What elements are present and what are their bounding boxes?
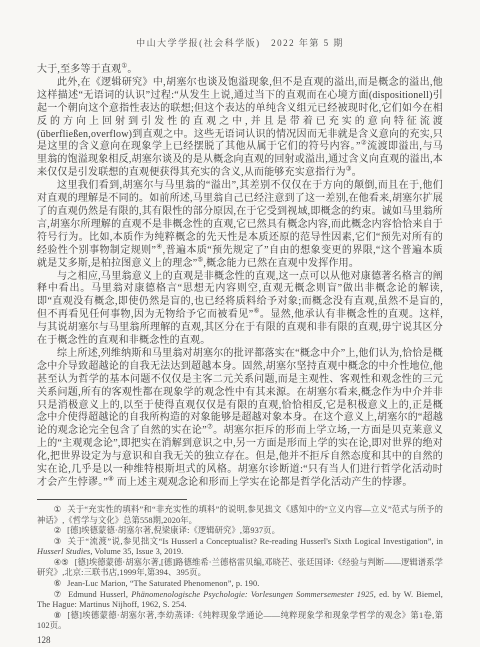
footnote-marker: ⑦ bbox=[54, 590, 62, 599]
journal-header: 中山大学学报(社会科学版) 2022 年第 5 期 bbox=[37, 38, 443, 49]
footnote-marker: ⑥ bbox=[54, 579, 62, 588]
body-paragraph-1: 此外,在《逻辑研究》中,胡塞尔也谈及饱溢现象,但不是直观的溢出,而是概念的溢出,… bbox=[37, 77, 443, 180]
footnote-3: ③关于“流渡”说,参见拙文“Is Husserl a Conceptualist… bbox=[37, 537, 443, 558]
footnote-list: ①关于“充实性的填料”和“非充实性的填料”的说明,参见拙文《感知中的“立义内容—… bbox=[37, 505, 443, 632]
footnote-6: ⑦Edmund Husserl, Phänomenologische Psych… bbox=[37, 590, 443, 611]
footnote-separator bbox=[37, 499, 187, 500]
footnote-marker: ⑧ bbox=[54, 611, 62, 620]
body-paragraph-2: 这里我们看到,胡塞尔与马里翁的“溢出”,其差别不仅仅在于方向的颠倒,而且在于,他… bbox=[37, 180, 443, 270]
body-paragraph-3: 与之相应,马里翁意义上的直观是非概念性的直观,这一点可以从他对康德著名格言的阐释… bbox=[37, 271, 443, 348]
footnote-reference: ⑧ bbox=[108, 476, 114, 483]
article-body: 大于,至多等于直观①。此外,在《逻辑研究》中,胡塞尔也谈及饱溢现象,但不是直观的… bbox=[37, 64, 443, 490]
footnote-reference: ④ bbox=[156, 243, 162, 250]
footnote-2: ②[德]埃德蒙德·胡塞尔著,倪梁康译:《逻辑研究》,第937页。 bbox=[37, 526, 443, 537]
body-paragraph-4: 综上所述,列维纳斯和马里翁对胡塞尔的批评都落实在“概念中介”上,他们认为,恰恰是… bbox=[37, 348, 443, 490]
footnote-1: ①关于“充实性的填料”和“非充实性的填料”的说明,参见拙文《感知中的“立义内容—… bbox=[37, 505, 443, 526]
body-paragraph-0: 大于,至多等于直观①。 bbox=[37, 64, 443, 77]
footnote-marker: ② bbox=[54, 526, 62, 535]
footnote-text: 关于“流渡”说,参见拙文“Is Husserl a Conceptualist?… bbox=[68, 537, 443, 546]
page-number: 128 bbox=[37, 635, 443, 646]
footnote-title-italic: Husserl Studies bbox=[37, 547, 90, 556]
footnote-4: ④⑤[德]埃德蒙德·胡塞尔著,[德]路德维希·兰德格雷贝编,邓晓芒、张廷国译:《… bbox=[37, 558, 443, 579]
footnote-reference: ③ bbox=[346, 166, 352, 173]
footnote-text: [德]埃德蒙德·胡塞尔著,倪梁康译:《逻辑研究》,第937页。 bbox=[67, 526, 280, 535]
footnote-block: ①关于“充实性的填料”和“非充实性的填料”的说明,参见拙文《感知中的“立义内容—… bbox=[37, 499, 443, 632]
footnote-text: 关于“充实性的填料”和“非充实性的填料”的说明,参见拙文《感知中的“立义内容—立… bbox=[37, 505, 443, 525]
footnote-reference: ① bbox=[121, 63, 127, 70]
footnote-title-italic: Phänomenologische Psychologie: Vorlesung… bbox=[131, 590, 374, 599]
footnote-5: ⑥Jean-Luc Marion, “The Saturated Phenome… bbox=[37, 579, 443, 590]
footnote-marker: ④⑤ bbox=[54, 558, 69, 567]
footnote-text: Edmund Husserl, bbox=[68, 590, 131, 599]
footnote-reference: ⑥ bbox=[253, 308, 260, 315]
footnote-text: [德]埃德蒙德·胡塞尔著,[德]路德维希·兰德格雷贝编,邓晓芒、张廷国译:《经验… bbox=[37, 558, 443, 578]
footnote-marker: ③ bbox=[54, 537, 62, 546]
footnote-marker: ① bbox=[54, 505, 62, 514]
footnote-reference: ⑦ bbox=[207, 424, 213, 431]
journal-page: 中山大学学报(社会科学版) 2022 年第 5 期 大于,至多等于直观①。此外,… bbox=[0, 0, 480, 647]
footnote-7: ⑧[德]埃德蒙德·胡塞尔著,李幼蒸译:《纯粹现象学通论——纯粹现象学和现象学哲学… bbox=[37, 611, 443, 632]
footnote-text: , Volume 35, Issue 3, 2019. bbox=[90, 547, 183, 556]
footnote-reference: ⑤ bbox=[197, 256, 203, 263]
footnote-reference: ② bbox=[361, 140, 368, 147]
footnote-text: [德]埃德蒙德·胡塞尔著,李幼蒸译:《纯粹现象学通论——纯粹现象学和现象学哲学的… bbox=[37, 611, 443, 631]
footnote-text: Jean-Luc Marion, “The Saturated Phenomen… bbox=[67, 579, 259, 588]
